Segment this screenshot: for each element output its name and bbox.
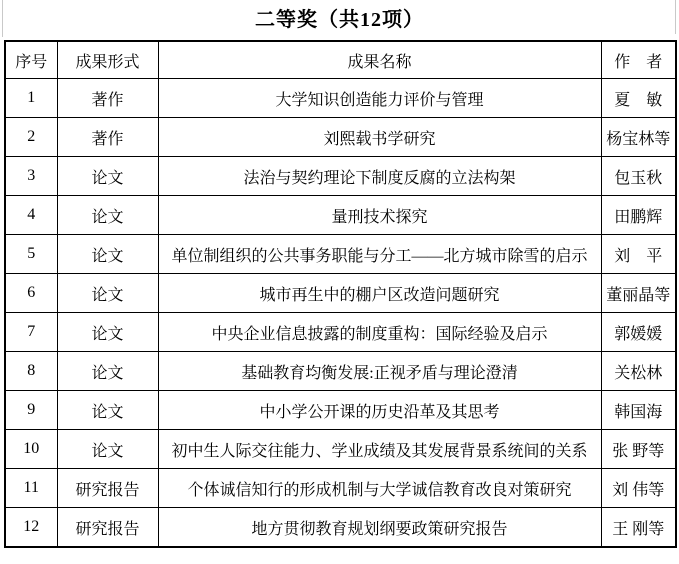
author-cell: 王 刚等 bbox=[601, 508, 676, 548]
achievement-name-cell: 大学知识创造能力评价与管理 bbox=[158, 79, 601, 118]
author-cell: 刘 平 bbox=[601, 235, 676, 274]
serial-number-cell: 1 bbox=[5, 79, 57, 118]
author-cell: 刘 伟等 bbox=[601, 469, 676, 508]
serial-number-cell: 5 bbox=[5, 235, 57, 274]
header-row: 序号 成果形式 成果名称 作 者 bbox=[5, 41, 676, 79]
serial-number-cell: 9 bbox=[5, 391, 57, 430]
table-row: 12 研究报告 地方贯彻教育规划纲要政策研究报告 王 刚等 bbox=[5, 508, 676, 548]
author-cell: 郭媛媛 bbox=[601, 313, 676, 352]
scan-edge-artifact-left bbox=[2, 0, 3, 37]
achievement-form-cell: 著作 bbox=[57, 79, 158, 118]
author-cell: 杨宝林等 bbox=[601, 118, 676, 157]
table-row: 5 论文 单位制组织的公共事务职能与分工——北方城市除雪的启示 刘 平 bbox=[5, 235, 676, 274]
author-cell: 关松林 bbox=[601, 352, 676, 391]
table-row: 9 论文 中小学公开课的历史沿革及其思考 韩国海 bbox=[5, 391, 676, 430]
author-cell: 田鹏辉 bbox=[601, 196, 676, 235]
table-row: 10 论文 初中生人际交往能力、学业成绩及其发展背景系统间的关系 张 野等 bbox=[5, 430, 676, 469]
table-header: 序号 成果形式 成果名称 作 者 bbox=[5, 41, 676, 79]
awards-table: 序号 成果形式 成果名称 作 者 1 著作 大学知识创造能力评价与管理 夏 敏 … bbox=[4, 40, 677, 548]
achievement-name-cell: 初中生人际交往能力、学业成绩及其发展背景系统间的关系 bbox=[158, 430, 601, 469]
author-cell: 张 野等 bbox=[601, 430, 676, 469]
achievement-name-cell: 城市再生中的棚户区改造问题研究 bbox=[158, 274, 601, 313]
header-achievement-name: 成果名称 bbox=[158, 41, 601, 79]
header-author: 作 者 bbox=[601, 41, 676, 79]
achievement-form-cell: 论文 bbox=[57, 430, 158, 469]
achievement-form-cell: 研究报告 bbox=[57, 508, 158, 548]
achievement-form-cell: 论文 bbox=[57, 313, 158, 352]
serial-number-cell: 8 bbox=[5, 352, 57, 391]
header-achievement-form: 成果形式 bbox=[57, 41, 158, 79]
table-row: 2 著作 刘熙载书学研究 杨宝林等 bbox=[5, 118, 676, 157]
achievement-name-cell: 地方贯彻教育规划纲要政策研究报告 bbox=[158, 508, 601, 548]
serial-number-cell: 2 bbox=[5, 118, 57, 157]
serial-number-cell: 4 bbox=[5, 196, 57, 235]
table-row: 11 研究报告 个体诚信知行的形成机制与大学诚信教育改良对策研究 刘 伟等 bbox=[5, 469, 676, 508]
scan-edge-artifact-right bbox=[675, 0, 676, 34]
table-row: 4 论文 量刑技术探究 田鹏辉 bbox=[5, 196, 676, 235]
achievement-form-cell: 论文 bbox=[57, 274, 158, 313]
achievement-form-cell: 论文 bbox=[57, 235, 158, 274]
serial-number-cell: 7 bbox=[5, 313, 57, 352]
table-row: 1 著作 大学知识创造能力评价与管理 夏 敏 bbox=[5, 79, 676, 118]
achievement-form-cell: 著作 bbox=[57, 118, 158, 157]
achievement-form-cell: 研究报告 bbox=[57, 469, 158, 508]
achievement-form-cell: 论文 bbox=[57, 157, 158, 196]
serial-number-cell: 11 bbox=[5, 469, 57, 508]
table-row: 6 论文 城市再生中的棚户区改造问题研究 董丽晶等 bbox=[5, 274, 676, 313]
page-title: 二等奖（共12项） bbox=[0, 0, 679, 40]
achievement-form-cell: 论文 bbox=[57, 196, 158, 235]
achievement-name-cell: 中央企业信息披露的制度重构：国际经验及启示 bbox=[158, 313, 601, 352]
table-row: 7 论文 中央企业信息披露的制度重构：国际经验及启示 郭媛媛 bbox=[5, 313, 676, 352]
serial-number-cell: 6 bbox=[5, 274, 57, 313]
serial-number-cell: 12 bbox=[5, 508, 57, 548]
serial-number-cell: 10 bbox=[5, 430, 57, 469]
table-body: 1 著作 大学知识创造能力评价与管理 夏 敏 2 著作 刘熙载书学研究 杨宝林等… bbox=[5, 79, 676, 548]
author-cell: 夏 敏 bbox=[601, 79, 676, 118]
author-cell: 韩国海 bbox=[601, 391, 676, 430]
achievement-form-cell: 论文 bbox=[57, 391, 158, 430]
achievement-name-cell: 单位制组织的公共事务职能与分工——北方城市除雪的启示 bbox=[158, 235, 601, 274]
table-row: 8 论文 基础教育均衡发展:正视矛盾与理论澄清 关松林 bbox=[5, 352, 676, 391]
achievement-name-cell: 法治与契约理论下制度反腐的立法构架 bbox=[158, 157, 601, 196]
author-cell: 董丽晶等 bbox=[601, 274, 676, 313]
header-serial-number: 序号 bbox=[5, 41, 57, 79]
achievement-name-cell: 个体诚信知行的形成机制与大学诚信教育改良对策研究 bbox=[158, 469, 601, 508]
achievement-name-cell: 刘熙载书学研究 bbox=[158, 118, 601, 157]
achievement-form-cell: 论文 bbox=[57, 352, 158, 391]
achievement-name-cell: 量刑技术探究 bbox=[158, 196, 601, 235]
achievement-name-cell: 中小学公开课的历史沿革及其思考 bbox=[158, 391, 601, 430]
author-cell: 包玉秋 bbox=[601, 157, 676, 196]
achievement-name-cell: 基础教育均衡发展:正视矛盾与理论澄清 bbox=[158, 352, 601, 391]
table-row: 3 论文 法治与契约理论下制度反腐的立法构架 包玉秋 bbox=[5, 157, 676, 196]
serial-number-cell: 3 bbox=[5, 157, 57, 196]
